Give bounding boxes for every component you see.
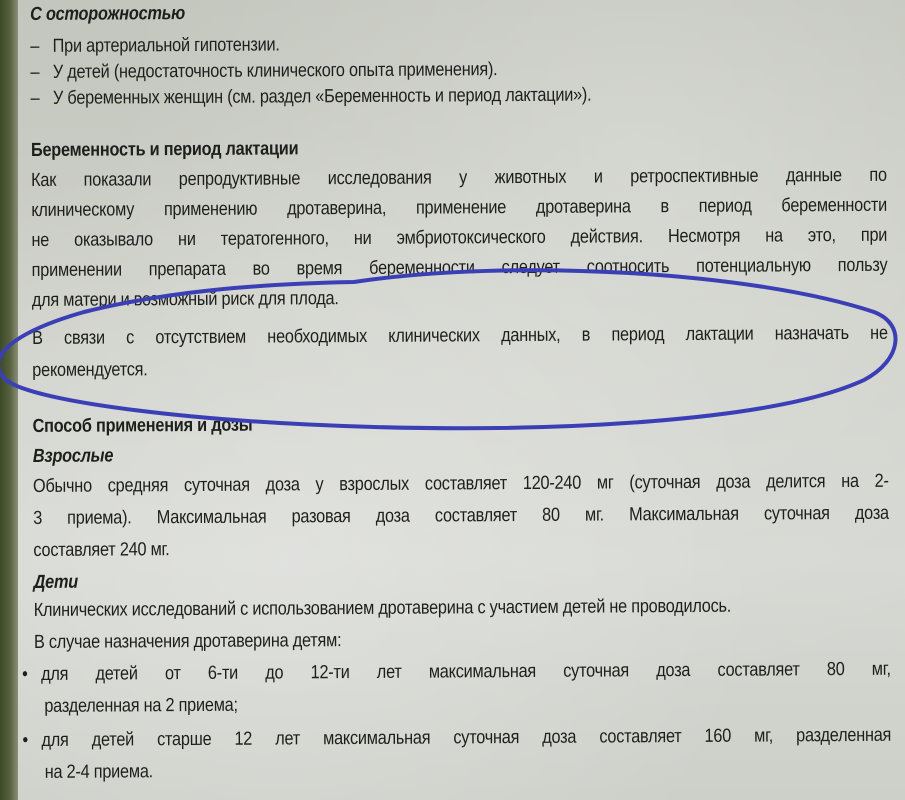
children-line: Клинических исследований с использование…	[34, 596, 731, 622]
bullet-text: для детей старше 12 лет максимальная сут…	[41, 725, 891, 751]
lactation-line: рекомендуется.	[32, 359, 147, 382]
adults-line: составляет 240 мг.	[33, 539, 169, 562]
caution-item: –У беременных женщин (см. раздел «Береме…	[31, 85, 592, 110]
dash-marker: –	[30, 36, 52, 58]
bullet-marker: •	[22, 730, 41, 752]
caution-item-text: При артериальной гипотензии.	[53, 34, 280, 56]
caution-item: –При артериальной гипотензии.	[30, 34, 279, 58]
bullet-marker: •	[22, 664, 41, 686]
dash-marker: –	[31, 88, 53, 110]
caution-title: С осторожностью	[30, 3, 185, 26]
caution-item: –У детей (недостаточность клинического о…	[30, 59, 497, 84]
pregnancy-title: Беременность и период лактации	[31, 138, 299, 162]
dash-marker: –	[30, 62, 52, 84]
adults-title: Взрослые	[33, 446, 113, 468]
caution-item-text: У беременных женщин (см. раздел «Беремен…	[53, 85, 592, 109]
caution-item-text: У детей (недостаточность клинического оп…	[53, 59, 498, 83]
children-title: Дети	[33, 572, 78, 594]
children-line: В случае назначения дротаверина детям:	[34, 630, 342, 654]
dosage-title: Способ применения и дозы	[33, 415, 253, 438]
bullet-text: для детей от 6-ти до 12-ти лет максималь…	[41, 659, 891, 685]
bullet-continuation: разделенная на 2 приема;	[44, 695, 238, 718]
pregnancy-line: для матери и возможный риск для плода.	[32, 288, 339, 312]
bullet-continuation: на 2-4 приема.	[45, 761, 153, 784]
